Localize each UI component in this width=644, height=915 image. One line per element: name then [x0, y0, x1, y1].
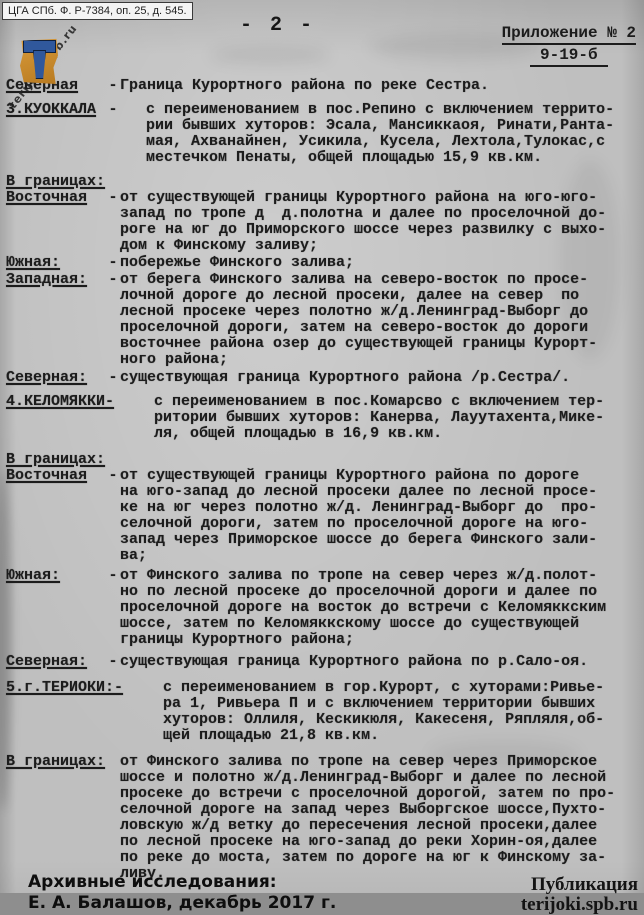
entry-row: В границах: от Финского залива по тропе …	[6, 754, 640, 882]
entry-label: Северная:	[6, 654, 106, 670]
entry-text: с переименованием в пос.Репино с включен…	[120, 102, 640, 166]
entry-label: Южная:	[6, 255, 106, 271]
entry-label: Западная:	[6, 272, 106, 288]
entry-row: Восточная - от существующей границы Куро…	[6, 190, 640, 254]
entry-text: существующая граница Курортного района /…	[120, 370, 640, 386]
footer-site-name: terijoki.spb.ru	[521, 895, 638, 915]
entry-row: Северная: - существующая граница Курортн…	[6, 654, 640, 670]
entry-label: Северная:	[6, 370, 106, 386]
footer-credit-line1: Архивные исследования:	[28, 872, 336, 893]
entry-row: Северная - Граница Курортного района по …	[6, 78, 640, 94]
entry-text: от берега Финского залива на северо-вост…	[120, 272, 640, 368]
entry-row: Северная: - существующая граница Курортн…	[6, 370, 640, 386]
annex-number: 9-19-б	[530, 46, 608, 67]
document-body: Северная - Граница Курортного района по …	[6, 78, 640, 882]
terijoki-watermark-logo: terijoki.spb.ru	[2, 22, 80, 118]
scanned-archival-document-page: { "header": { "stamp": "ЦГА СПб. Ф. Р-73…	[0, 0, 644, 915]
logo-orange-shield-icon	[20, 38, 58, 84]
entry-row: В границах:	[6, 452, 640, 468]
entry-label: В границах:	[6, 452, 106, 468]
annex-heading: Приложение № 2 9-19-б	[502, 24, 636, 67]
entry-label: В границах:	[6, 174, 106, 190]
entry-row: 5.г.ТЕРИОКИ:- с переименованием в гор.Ку…	[6, 680, 640, 744]
entry-text: Граница Курортного района по реке Сестра…	[120, 78, 640, 94]
entry-dash: -	[106, 255, 120, 271]
annex-title: Приложение № 2	[502, 24, 636, 45]
entry-text: побережье Финского залива;	[120, 255, 640, 271]
entry-text: от Финского залива по тропе на север чер…	[120, 568, 640, 648]
entry-label: Южная:	[6, 568, 106, 584]
entry-dash: -	[106, 78, 120, 94]
logo-letter-t-stem	[33, 50, 46, 79]
footer-publication-label: Публикация	[521, 875, 638, 895]
page-number: - 2 -	[240, 14, 315, 37]
entry-label: 4.КЕЛОМЯККИ-	[6, 394, 114, 410]
footer-publication: Публикация terijoki.spb.ru	[521, 875, 638, 915]
entry-label: 5.г.ТЕРИОКИ:-	[6, 680, 123, 696]
entry-text: от существующей границы Курортного район…	[120, 468, 640, 564]
entry-row: Южная: - от Финского залива по тропе на …	[6, 568, 640, 648]
entry-dash: -	[106, 568, 120, 584]
entry-text: с переименованием в пос.Комарсво с включ…	[128, 394, 640, 442]
entry-row: В границах:	[6, 174, 640, 190]
footer-credit-line2: Е. А. Балашов, декабрь 2017 г.	[28, 893, 336, 914]
entry-text: с переименованием в гор.Курорт, с хутора…	[137, 680, 640, 744]
entry-row: Западная: - от берега Финского залива на…	[6, 272, 640, 368]
entry-dash: -	[106, 370, 120, 386]
entry-dash: -	[106, 190, 120, 206]
scan-smudge	[210, 46, 330, 64]
entry-row: 4.КЕЛОМЯККИ- с переименованием в пос.Ком…	[6, 394, 640, 442]
archive-reference-stamp: ЦГА СПб. Ф. Р-7384, оп. 25, д. 545.	[2, 2, 193, 20]
entry-text: от существующей границы Курортного район…	[120, 190, 640, 254]
entry-text: существующая граница Курортного района п…	[120, 654, 640, 670]
entry-text: от Финского залива по тропе на север чер…	[120, 754, 640, 882]
entry-label: Восточная	[6, 190, 106, 206]
entry-dash: -	[106, 102, 120, 118]
entry-label: Восточная	[6, 468, 106, 484]
entry-dash: -	[106, 272, 120, 288]
footer-credit: Архивные исследования: Е. А. Балашов, де…	[28, 872, 336, 914]
entry-row: Южная: - побережье Финского залива;	[6, 255, 640, 271]
entry-dash: -	[106, 654, 120, 670]
entry-dash: -	[106, 468, 120, 484]
entry-row: Восточная - от существующей границы Куро…	[6, 468, 640, 564]
entry-label: В границах:	[6, 754, 106, 770]
entry-row: 3.КУОККАЛА - с переименованием в пос.Реп…	[6, 102, 640, 166]
